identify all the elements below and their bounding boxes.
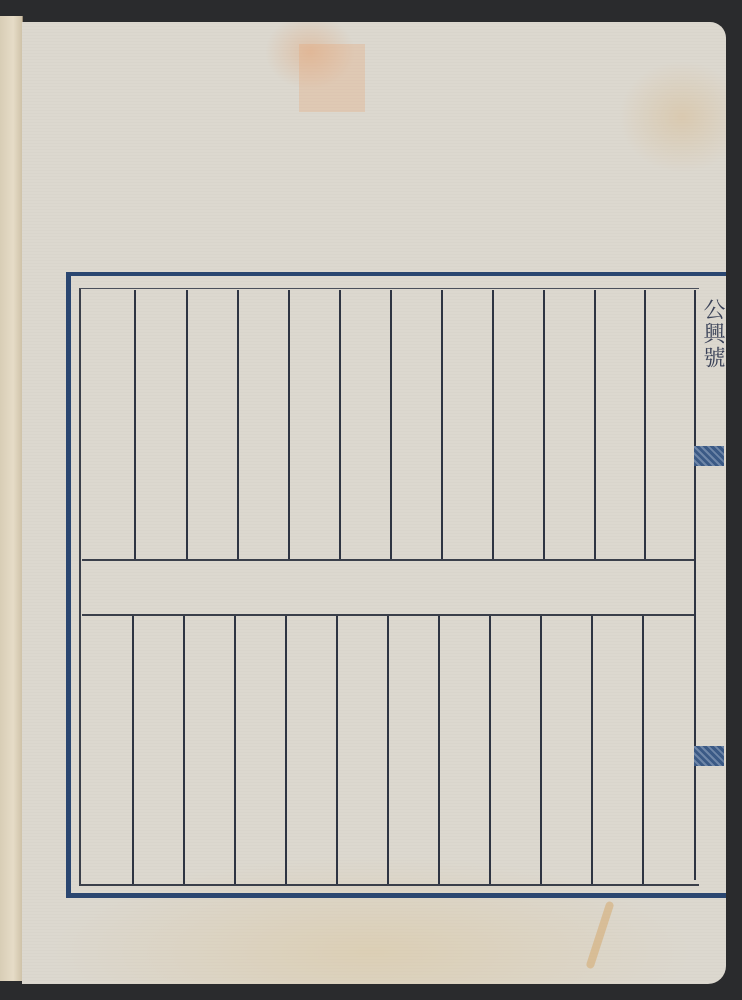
column-rule: [336, 616, 338, 884]
column-rule: [390, 290, 392, 560]
faded-seal-stain: [299, 44, 365, 112]
column-rule: [288, 290, 290, 560]
column-rule: [594, 290, 596, 560]
facing-page-edge: [0, 16, 23, 981]
column-rule: [134, 290, 136, 560]
column-rule: [438, 616, 440, 884]
upper-fish-tail-mark: [694, 446, 724, 466]
column-rule: [186, 290, 188, 560]
column-rule: [234, 616, 236, 884]
column-rule: [441, 290, 443, 560]
margin-title: 公興號: [700, 298, 724, 370]
lower-fish-tail-mark: [694, 746, 724, 766]
column-rule: [183, 616, 185, 884]
column-rule: [387, 616, 389, 884]
column-rule: [543, 290, 545, 560]
horizontal-blank-band: [82, 560, 694, 616]
column-rule: [492, 290, 494, 560]
column-rule: [339, 290, 341, 560]
column-rule: [644, 290, 646, 560]
column-rule: [285, 616, 287, 884]
column-rule: [132, 616, 134, 884]
block-heart-margin: [694, 290, 728, 880]
column-rule: [489, 616, 491, 884]
column-rule: [591, 616, 593, 884]
column-rule: [642, 616, 644, 884]
column-rule: [540, 616, 542, 884]
column-rule: [237, 290, 239, 560]
